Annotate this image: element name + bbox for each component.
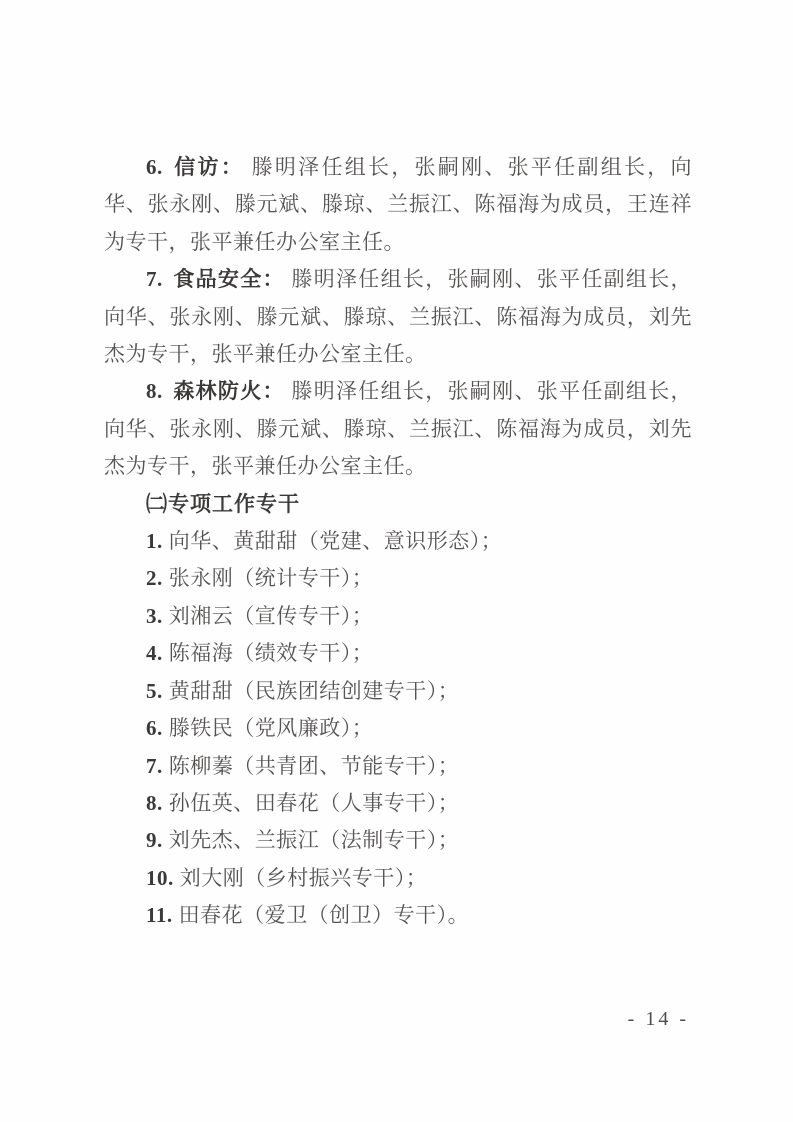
list-item-text: 陈柳蓁（共青团、节能专干）； xyxy=(169,754,460,778)
list-item-number: 7. xyxy=(146,754,163,778)
paragraph-7-food-safety: 7. 食品安全： 滕明泽任组长，张嗣刚、张平任副组长，向华、张永刚、滕元斌、滕琼… xyxy=(104,261,692,373)
paragraph-heading: 信访： xyxy=(174,155,244,179)
list-item-text: 张永刚（统计专干）； xyxy=(169,566,374,590)
list-item-text: 刘大刚（乡村振兴专干）； xyxy=(180,866,428,890)
list-item-number: 8. xyxy=(146,791,163,815)
document-body: 6. 信访： 滕明泽任组长，张嗣刚、张平任副组长，向华、张永刚、滕元斌、滕琼、兰… xyxy=(104,149,692,935)
list-item-text: 孙伍英、田春花（人事专干）； xyxy=(169,791,460,815)
section-heading: ㈡专项工作专干 xyxy=(104,486,692,523)
list-item-5: 5.黄甜甜（民族团结创建专干）； xyxy=(104,673,692,710)
list-item-text: 黄甜甜（民族团结创建专干）； xyxy=(169,679,460,703)
list-item-3: 3.刘湘云（宣传专干）； xyxy=(104,598,692,635)
list-item-text: 田春花（爱卫（创卫）专干）。 xyxy=(179,903,470,927)
document-page: 6. 信访： 滕明泽任组长，张嗣刚、张平任副组长，向华、张永刚、滕元斌、滕琼、兰… xyxy=(0,0,793,1122)
list-item-text: 向华、黄甜甜（党建、意识形态）； xyxy=(169,529,503,553)
paragraph-6-xinfang: 6. 信访： 滕明泽任组长，张嗣刚、张平任副组长，向华、张永刚、滕元斌、滕琼、兰… xyxy=(104,149,692,261)
list-item-number: 11. xyxy=(146,903,173,927)
list-item-9: 9.刘先杰、兰振江（法制专干）； xyxy=(104,822,692,859)
paragraph-number: 8. xyxy=(146,379,163,403)
list-item-number: 3. xyxy=(146,604,163,628)
paragraph-8-forest-fire: 8. 森林防火： 滕明泽任组长，张嗣刚、张平任副组长，向华、张永刚、滕元斌、滕琼… xyxy=(104,373,692,485)
paragraph-heading: 森林防火： xyxy=(173,379,285,403)
list-item-number: 9. xyxy=(146,828,163,852)
list-item-number: 2. xyxy=(146,566,163,590)
paragraph-number: 7. xyxy=(146,267,163,291)
list-item-number: 4. xyxy=(146,641,163,665)
list-item-7: 7.陈柳蓁（共青团、节能专干）； xyxy=(104,748,692,785)
list-item-text: 陈福海（绩效专干）； xyxy=(169,641,374,665)
list-item-6: 6.滕铁民（党风廉政）； xyxy=(104,710,692,747)
list-item-1: 1.向华、黄甜甜（党建、意识形态）； xyxy=(104,523,692,560)
list-item-4: 4.陈福海（绩效专干）； xyxy=(104,635,692,672)
paragraph-number: 6. xyxy=(146,155,163,179)
page-number: - 14 - xyxy=(628,1008,689,1031)
paragraph-heading: 食品安全： xyxy=(173,267,285,291)
list-item-text: 刘先杰、兰振江（法制专干）； xyxy=(169,828,460,852)
list-item-number: 5. xyxy=(146,679,163,703)
list-item-2: 2.张永刚（统计专干）； xyxy=(104,560,692,597)
list-item-11: 11.田春花（爱卫（创卫）专干）。 xyxy=(104,897,692,934)
list-item-number: 10. xyxy=(146,866,174,890)
list-item-8: 8.孙伍英、田春花（人事专干）； xyxy=(104,785,692,822)
list-item-number: 6. xyxy=(146,716,163,740)
list-item-number: 1. xyxy=(146,529,163,553)
list-item-10: 10.刘大刚（乡村振兴专干）； xyxy=(104,860,692,897)
list-item-text: 滕铁民（党风廉政）； xyxy=(169,716,374,740)
list-item-text: 刘湘云（宣传专干）； xyxy=(169,604,374,628)
